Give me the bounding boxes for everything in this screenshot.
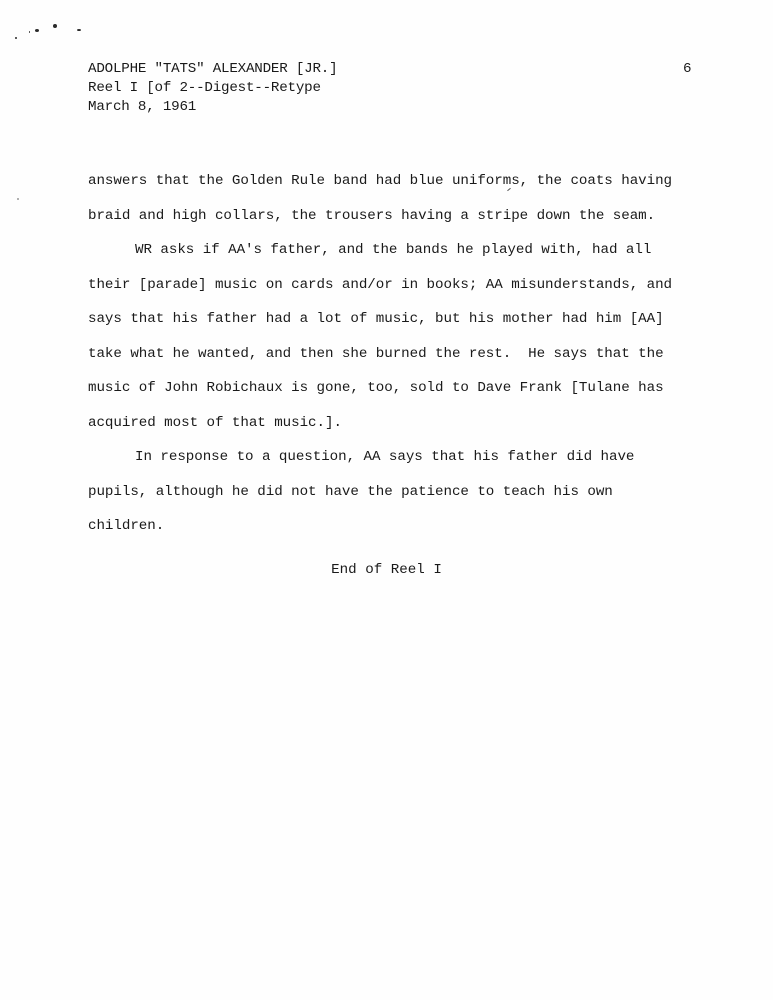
page-number: 6	[683, 60, 692, 79]
scan-speck	[29, 31, 30, 33]
scan-speck	[53, 24, 57, 28]
document-header: ADOLPHE "TATS" ALEXANDER [JR.] Reel I [o…	[88, 60, 708, 117]
scan-speck	[35, 29, 39, 32]
body-line: acquired most of that music.].	[88, 406, 728, 441]
body-line: says that his father had a lot of music,…	[88, 302, 728, 337]
body-line: take what he wanted, and then she burned…	[88, 337, 728, 372]
body-line-paragraph-start: In response to a question, AA says that …	[88, 440, 728, 475]
end-of-reel-text: End of Reel I	[331, 562, 442, 578]
header-date: March 8, 1961	[88, 98, 708, 117]
body-line: pupils, although he did not have the pat…	[88, 475, 728, 510]
document-body: answers that the Golden Rule band had bl…	[88, 164, 728, 544]
body-line: braid and high collars, the trousers hav…	[88, 199, 728, 234]
scan-speck	[17, 198, 19, 200]
scan-speck	[77, 29, 81, 31]
header-reel: Reel I [of 2--Digest--Retype	[88, 79, 708, 98]
body-line: music of John Robichaux is gone, too, so…	[88, 371, 728, 406]
scan-speck	[15, 37, 17, 39]
body-line: answers that the Golden Rule band had bl…	[88, 164, 728, 199]
end-of-reel-note: End of Reel I	[0, 560, 773, 580]
body-line-paragraph-start: WR asks if AA's father, and the bands he…	[88, 233, 728, 268]
body-line: their [parade] music on cards and/or in …	[88, 268, 728, 303]
document-page: ADOLPHE "TATS" ALEXANDER [JR.] Reel I [o…	[0, 0, 773, 1000]
body-line: children.	[88, 509, 728, 544]
header-interviewee: ADOLPHE "TATS" ALEXANDER [JR.]	[88, 60, 708, 79]
